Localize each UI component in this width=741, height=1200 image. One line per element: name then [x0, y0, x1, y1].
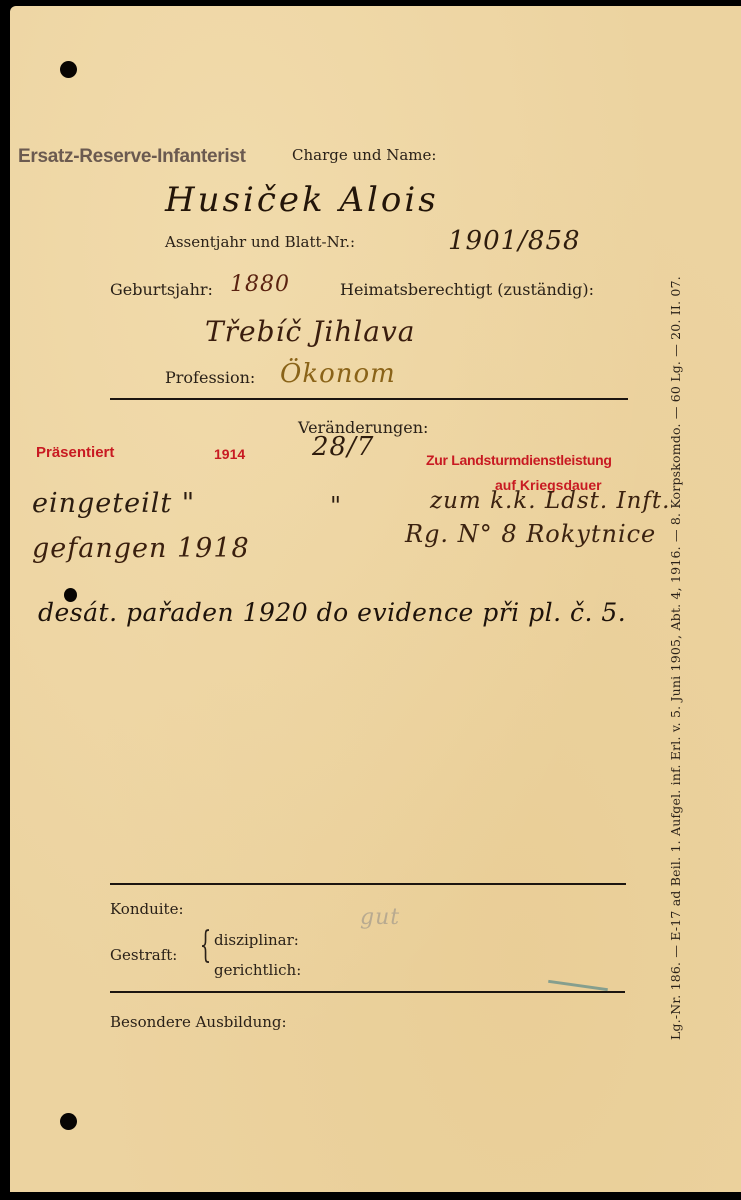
birth-year-value: 1880 — [230, 272, 290, 297]
change-date: 28/7 — [312, 432, 374, 462]
charge-name-label: Charge und Name: — [292, 146, 436, 164]
landsturm-stamp-line1: Zur Landsturmdienstleistung — [426, 452, 612, 468]
profession-value: Ökonom — [280, 359, 396, 389]
divider-top — [110, 398, 628, 400]
assentjahr-label: Assentjahr und Blatt-Nr.: — [165, 233, 355, 251]
divider-bottom — [110, 991, 625, 993]
rank-stamp: Ersatz-Reserve-Infanterist — [18, 146, 246, 168]
stamp-year: 1914 — [214, 446, 245, 462]
konduite-label: Konduite: — [110, 900, 184, 918]
assentjahr-value: 1901/858 — [448, 226, 581, 256]
punch-hole-top — [60, 61, 77, 78]
name-handwritten: Husiček Alois — [165, 180, 439, 220]
birth-year-label: Geburtsjahr: — [110, 280, 213, 299]
profession-label: Profession: — [165, 368, 255, 387]
change-entry-2-right: Rg. N° 8 Rokytnice — [405, 520, 656, 548]
punch-hole-bottom — [60, 1113, 77, 1130]
praesentiert-stamp: Präsentiert — [36, 444, 114, 461]
change-entry-1-middle: " — [330, 492, 342, 520]
heimat-label: Heimatsberechtigt (zuständig): — [340, 280, 594, 299]
change-entry-2-left: gefangen 1918 — [32, 533, 250, 564]
disziplinar-label: disziplinar: — [214, 931, 299, 949]
brace-icon: { — [200, 926, 211, 966]
ausbildung-label: Besondere Ausbildung: — [110, 1013, 287, 1031]
margin-print-reference: Lg.-Nr. 186. — E-17 ad Beil. 1. Aufgel. … — [668, 276, 683, 1040]
gestraft-label: Gestraft: — [110, 946, 177, 964]
heimat-value: Třebíč Jihlava — [205, 315, 415, 348]
konduite-value: gut — [360, 905, 400, 930]
divider-middle — [110, 883, 626, 885]
gerichtlich-label: gerichtlich: — [214, 961, 301, 979]
change-entry-3: desát. pařaden 1920 do evidence při pl. … — [38, 598, 626, 627]
change-entry-1-left: eingeteilt " — [32, 488, 195, 519]
change-entry-1-right: zum k.k. Ldst. Inft. — [430, 488, 671, 514]
